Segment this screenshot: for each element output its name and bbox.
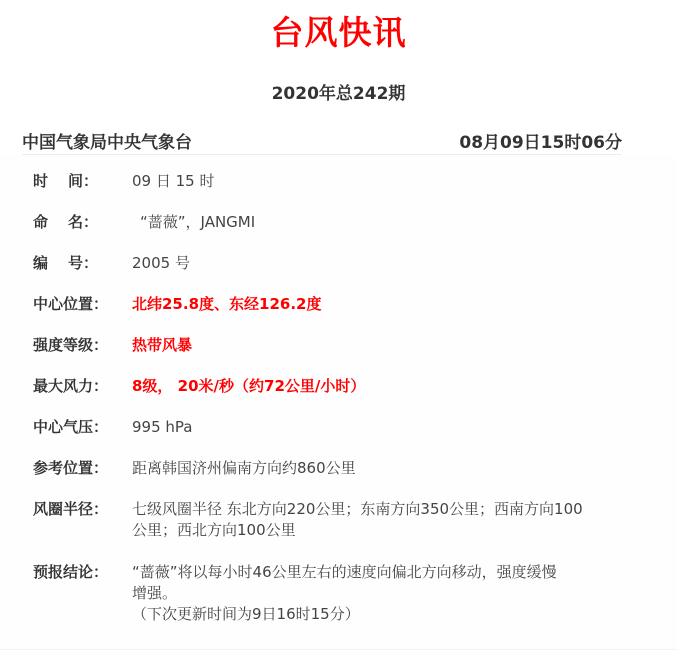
field-intensity: 强度等级： 热带风暴 [33,335,612,356]
field-value-line: 公里；西北方向100公里 [132,520,612,541]
field-label: 编号： [33,253,132,274]
field-label-part: 命 [33,213,48,231]
next-update-note: （下次更新时间为9日16时15分） [132,604,612,625]
bulletin-title: 台风快讯 [0,10,677,56]
field-value: 09 日 15 时 [132,171,612,192]
field-value: 距离韩国济州偏南方向约860公里 [132,458,612,479]
field-value: 七级风圈半径 东北方向220公里；东南方向350公里；西南方向100 公里；西北… [132,499,612,541]
field-number: 编号： 2005 号 [33,253,612,274]
field-value: 8级， 20米/秒（约72公里/小时） [132,376,612,397]
agency-name: 中国气象局中央气象台 [22,128,192,153]
field-value: 热带风暴 [132,335,612,356]
field-value-line: 增强。 [132,583,612,604]
field-label-part: 时 [33,172,48,190]
field-label: 强度等级： [33,335,132,356]
field-wind-radius: 风圈半径： 七级风圈半径 东北方向220公里；东南方向350公里；西南方向100… [33,499,612,541]
field-label: 预报结论： [33,562,132,625]
field-label: 中心气压： [33,417,132,438]
field-value: 995 hPa [132,417,612,438]
bulletin-header: 中国气象局中央气象台 08月09日15时06分 [22,126,622,155]
field-max-wind: 最大风力： 8级， 20米/秒（约72公里/小时） [33,376,612,397]
field-pressure: 中心气压： 995 hPa [33,417,612,438]
field-value: 2005 号 [132,253,612,274]
publish-datetime: 08月09日15时06分 [459,128,622,153]
field-value: “蔷薇”将以每小时46公里左右的速度向偏北方向移动，强度缓慢 增强。 （下次更新… [132,562,612,625]
field-label-part: 号： [68,254,98,272]
field-name: 命名： “蔷薇”，JANGMI [33,212,620,233]
field-value-line: “蔷薇”将以每小时46公里左右的速度向偏北方向移动，强度缓慢 [124,562,612,583]
field-value-line: 七级风圈半径 东北方向220公里；东南方向350公里；西南方向100 [132,499,612,520]
field-label: 时间： [33,171,132,192]
field-forecast: 预报结论： “蔷薇”将以每小时46公里左右的速度向偏北方向移动，强度缓慢 增强。… [33,562,612,625]
field-reference-position: 参考位置： 距离韩国济州偏南方向约860公里 [33,458,612,479]
field-label-part: 名： [68,213,98,231]
field-label: 最大风力： [33,376,132,397]
field-label: 风圈半径： [33,499,132,541]
field-label: 命名： [33,212,132,233]
issue-number: 2020年总242期 [0,82,677,106]
field-center-position: 中心位置： 北纬25.8度、东经126.2度 [33,294,612,315]
field-time: 时间： 09 日 15 时 [33,171,612,192]
field-label-part: 间： [68,172,98,190]
field-label: 中心位置： [33,294,132,315]
field-label: 参考位置： [33,458,132,479]
field-value: “蔷薇”，JANGMI [132,212,620,233]
field-value: 北纬25.8度、东经126.2度 [132,294,612,315]
field-label-part: 编 [33,254,48,272]
